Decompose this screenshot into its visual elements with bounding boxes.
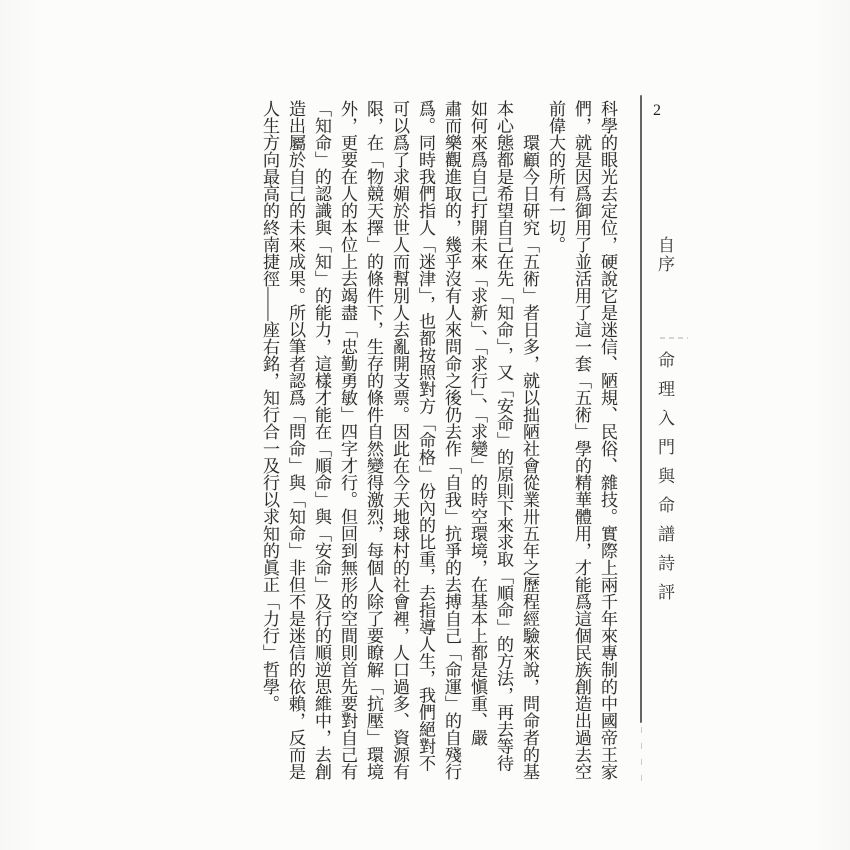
text-column: 本心態都是希望自己在先「知命」，又「安命」的原則下來求取「順命」的方法，再去等待 xyxy=(490,100,516,784)
text-column: 限，在「物競天擇」的條件下，生存的條件自然變得激烈，每個人除了要瞭解「抗壓」環境 xyxy=(360,100,386,784)
scan-artifact-dots xyxy=(660,337,688,339)
text-column: 「知命」的認識與「知」的能力，這樣才能在「順命」與「安命」及行的順逆思維中，去創 xyxy=(308,100,334,784)
text-column: 前偉大的所有一切。 xyxy=(542,100,568,784)
text-column: 們，就是因爲御用了並活用了這一套「五術」學的精華體用，才能爲這個民族創造出過去空 xyxy=(568,100,594,784)
page-number: 2 xyxy=(653,102,661,120)
book-title: 命理入門與命譜詩評 xyxy=(651,351,677,612)
text-column: 可以爲了求媚於世人而幫別人去亂開支票。因此在今天地球村的社會裡，人口過多、資源有 xyxy=(386,100,412,784)
text-column: 外，更要在人的本位上去竭盡「忠勤勇敏」四字才行。但回到無形的空間則首先要對自己有 xyxy=(334,100,360,784)
header-divider-rule-fade xyxy=(641,727,642,789)
header-divider-rule xyxy=(640,95,642,723)
text-column: 爲。同時我們指人「迷津」，也都按照對方「命格」份內的比重，去指導人生，我們絕對不 xyxy=(412,100,438,784)
text-column: 環顧今日研究「五術」者日多，就以拙陋社會從業卅五年之歷程經驗來說，問命者的基 xyxy=(516,100,542,784)
section-title: 自序 xyxy=(651,236,677,274)
text-column: 肅而樂觀進取的，幾乎沒有人來問命之後仍去作「自我」抗爭的去搏自己「命運」的自殘行 xyxy=(438,100,464,784)
text-column: 人生方向最高的終南捷徑——座右銘，知行合一及行以求知的眞正「力行」哲學。 xyxy=(256,100,282,784)
text-column: 造出屬於自己的未來成果。所以筆者認爲「問命」與「知命」非但不是迷信的依賴，反而是 xyxy=(282,100,308,784)
text-column: 如何來爲自己打開未來「求新」、「求行」、「求變」的時空環境，在基本上都是愼重、嚴 xyxy=(464,100,490,784)
text-column: 科學的眼光去定位，硬說它是迷信、陋規、民俗、雜技。實際上兩千年來專制的中國帝王家 xyxy=(594,100,620,784)
body-text: 科學的眼光去定位，硬說它是迷信、陋規、民俗、雜技。實際上兩千年來專制的中國帝王家… xyxy=(256,100,620,784)
scanned-book-page: 2 自序 命理入門與命譜詩評 科學的眼光去定位，硬說它是迷信、陋規、民俗、雜技。… xyxy=(0,0,850,850)
